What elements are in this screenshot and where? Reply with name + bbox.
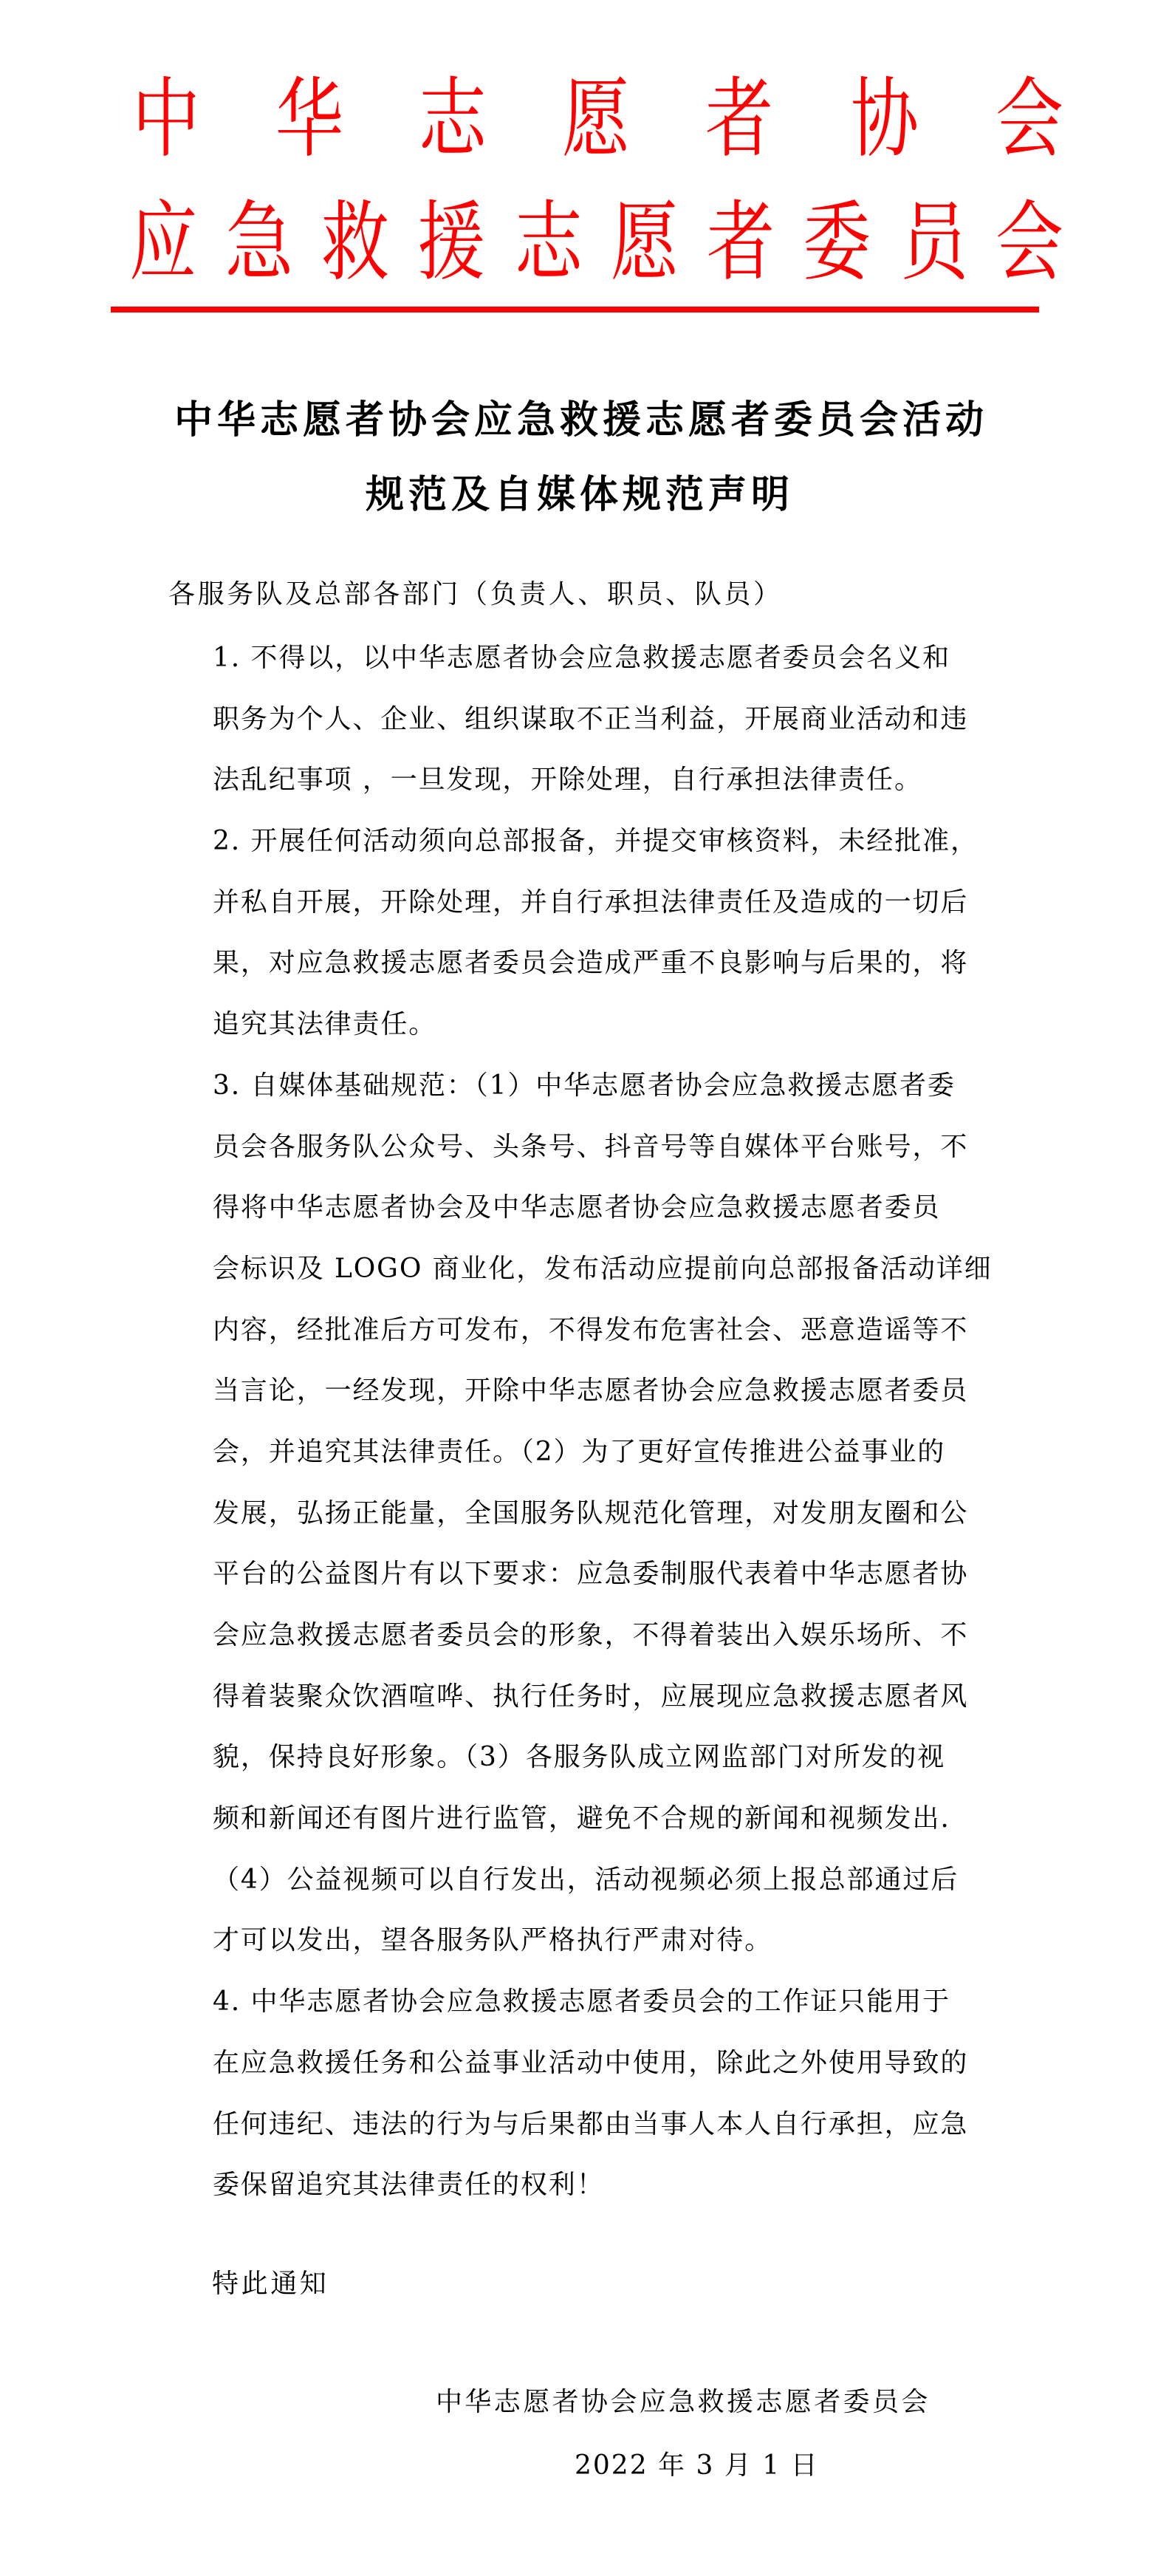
document-title-line-1: 中华志愿者协会应急救援志愿者委员会活动	[174, 398, 988, 443]
letterhead-line-2: 应 急 救 援 志 愿 者 委 员 会	[0, 199, 1172, 287]
body-line: 会标识及 LOGO 商业化，发布活动应提前向总部报备活动详细	[213, 1253, 1010, 1314]
body-line: 并私自开展，开除处理，并自行承担法律责任及造成的一切后	[213, 886, 1010, 948]
body-line: 貌，保持良好形象。（3）各服务队成立网监部门对所发的视	[213, 1741, 1010, 1803]
body-line: 1. 不得以，以中华志愿者协会应急救援志愿者委员会名义和	[213, 642, 1010, 703]
letterhead-char: 救	[321, 186, 388, 300]
letterhead-char: 会	[995, 186, 1062, 300]
letterhead-char: 志	[419, 63, 485, 177]
letterhead-red-rule	[111, 307, 1039, 312]
letterhead-char: 者	[707, 186, 773, 300]
letterhead-char: 愿	[562, 63, 628, 177]
body-line: 发展，弘扬正能量，全国服务队规范化管理，对发朋友圈和公	[213, 1497, 1010, 1559]
body-line: 员会各服务队公众号、头条号、抖音号等自媒体平台账号，不	[213, 1131, 1010, 1192]
letterhead-line-1: 中 华 志 愿 者 协 会	[0, 75, 1172, 164]
letterhead-char: 华	[275, 63, 342, 177]
body-line: 职务为个人、企业、组织谋取不正当利益，开展商业活动和违	[213, 703, 1010, 765]
body-line: 果，对应急救援志愿者委员会造成严重不良影响与后果的，将	[213, 947, 1010, 1008]
letterhead-char: 会	[995, 63, 1062, 177]
body-line: 会，并追究其法律责任。（2）为了更好宣传推进公益事业的	[213, 1436, 1010, 1497]
letterhead-char: 协	[851, 63, 917, 177]
body-line: 追究其法律责任。	[213, 1008, 1010, 1070]
letterhead-char: 愿	[611, 186, 677, 300]
body-line: 2. 开展任何活动须向总部报备，并提交审核资料，未经批准，	[213, 825, 1010, 886]
body-line: 3. 自媒体基础规范：（1）中华志愿者协会应急救援志愿者委	[213, 1070, 1010, 1131]
signature-date: 2022 年 3 月 1 日	[575, 2450, 819, 2482]
body-line: 得着装聚众饮酒喧哗、执行任务时，应展现应急救援志愿者风	[213, 1681, 1010, 1742]
letterhead-char: 志	[515, 186, 581, 300]
letterhead-char: 员	[900, 186, 967, 300]
body-line: 法乱纪事项 ，一旦发现，开除处理，自行承担法律责任。	[213, 764, 1010, 825]
body-line: 平台的公益图片有以下要求：应急委制服代表着中华志愿者协	[213, 1558, 1010, 1619]
body-line: 委保留追究其法律责任的权利！	[213, 2169, 1010, 2230]
body-line: 在应急救援任务和公益事业活动中使用，除此之外使用导致的	[213, 2047, 1010, 2108]
body-line: 得将中华志愿者协会及中华志愿者协会应急救援志愿者委员	[213, 1192, 1010, 1253]
body-line: 当言论，一经发现，开除中华志愿者协会应急救援志愿者委员	[213, 1375, 1010, 1436]
body-line: 4. 中华志愿者协会应急救援志愿者委员会的工作证只能用于	[213, 1986, 1010, 2047]
body-line: 任何违纪、违法的行为与后果都由当事人本人自行承担，应急	[213, 2108, 1010, 2170]
body-line: 内容，经批准后方可发布，不得发布危害社会、恶意造谣等不	[213, 1314, 1010, 1376]
body-line: 频和新闻还有图片进行监管，避免不合规的新闻和视频发出.	[213, 1803, 1010, 1864]
body-line: （4）公益视频可以自行发出，活动视频必须上报总部通过后	[213, 1864, 1010, 1925]
letterhead-char: 急	[225, 186, 292, 300]
letterhead-char: 委	[803, 186, 869, 300]
body-line: 会应急救援志愿者委员会的形象，不得着装出入娱乐场所、不	[213, 1619, 1010, 1681]
body-line: 才可以发出，望各服务队严格执行严肃对待。	[213, 1924, 1010, 1986]
closing-remark: 特此通知	[212, 2268, 329, 2300]
letterhead-char: 中	[132, 63, 199, 177]
letterhead-char: 应	[129, 186, 196, 300]
letterhead-char: 者	[705, 63, 772, 177]
document-title-line-2: 规范及自媒体规范声明	[366, 473, 794, 517]
letterhead-char: 援	[417, 186, 484, 300]
document-body: 1. 不得以，以中华志愿者协会应急救援志愿者委员会名义和 职务为个人、企业、组织…	[213, 642, 1010, 2230]
signature-organization: 中华志愿者协会应急救援志愿者委员会	[436, 2386, 931, 2419]
salutation: 各服务队及总部各部门（负责人、职员、队员）	[168, 578, 783, 611]
